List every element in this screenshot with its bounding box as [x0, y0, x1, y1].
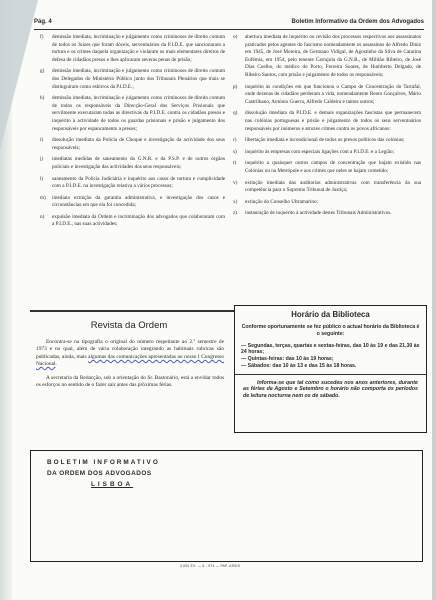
item-text: imediatas medidas de saneamento da G.N.R… [52, 156, 225, 171]
item-text: saneamento da Polícia Judiciária e inqué… [52, 176, 225, 191]
item-label: h) [40, 95, 52, 133]
item-label: m) [40, 195, 52, 210]
item-label: n) [40, 214, 52, 229]
list-item: i)dissolução imediata da Polícia de Choq… [40, 137, 225, 152]
document-page: Pág. 4 Boletim Informativo da Ordem dos … [0, 0, 436, 600]
item-label: z) [233, 210, 245, 218]
item-label: j) [40, 156, 52, 171]
list-item: g)demissão imediata, incriminação e julg… [40, 68, 225, 91]
address-line-2: DA ORDEM DOS ADVOGADOS [47, 470, 152, 477]
item-text: inquérito a quaisquer outros campos de c… [245, 160, 421, 175]
item-label: v) [233, 180, 245, 195]
list-item: q)dissolução imediata da P.I.D.E. e dema… [233, 110, 421, 133]
list-item: s)inquérito às empresas com especiais li… [233, 149, 421, 157]
schedule-thursday: — Quintas-feiras: das 10 às 19 horas; [241, 356, 420, 363]
item-text: dissolução imediata da P.I.D.E. e demais… [245, 110, 421, 133]
item-label: x) [233, 199, 245, 207]
item-text: instauração de inquérito à actividade de… [245, 210, 421, 218]
list-item: x)extinção do Conselho Ultramarino; [233, 199, 421, 207]
list-item: m)imediata extinção da garantia administ… [40, 195, 225, 210]
list-item: o)abertura imediata de inquérito ou revi… [233, 34, 421, 80]
address-city: LISBOA [91, 481, 133, 488]
revista-paragraph-1: Encontra-se na tipografia o original do … [36, 339, 224, 369]
schedule-saturday: — Sábados: das 10 às 13 e das 15 às 18 h… [241, 363, 420, 370]
address-line-1: BOLETIM INFORMATIVO [47, 459, 160, 466]
item-text: libertação imediata e incondicional de t… [245, 137, 421, 145]
item-text: inquérito às empresas com especiais liga… [245, 149, 421, 157]
publication-title: Boletim Informativo da Ordem dos Advogad… [292, 19, 424, 25]
library-hours-box: Horário da Biblioteca Conforme oportunam… [234, 305, 427, 433]
item-label: f) [40, 34, 52, 64]
revista-article: Encontra-se na tipografia o original do … [36, 339, 224, 395]
item-label: q) [233, 110, 245, 133]
folded-corner [0, 0, 38, 150]
item-text: demissão imediata, incriminação e julgam… [52, 34, 225, 64]
list-item: f)demissão imediata, incriminação e julg… [40, 34, 225, 64]
list-item: p)inquérito às condições em que funciono… [233, 84, 421, 107]
item-text: demissão imediata, incriminação e julgam… [52, 95, 225, 133]
library-schedule: — Segundas, terças, quartas e sextas-fei… [241, 343, 420, 370]
print-imprint: 3 000 EX. — 6 - 974 — PAP. ASSIS [180, 564, 240, 568]
list-item: l)saneamento da Polícia Judiciária e inq… [40, 176, 225, 191]
list-item: n)expulsão imediata da Ordem e incrimina… [40, 214, 225, 229]
right-column: o)abertura imediata de inquérito ou revi… [233, 34, 421, 222]
list-item: z)instauração de inquérito à actividade … [233, 210, 421, 218]
item-text: extinção do Conselho Ultramarino; [245, 199, 421, 207]
list-item: h)demissão imediata, incriminação e julg… [40, 95, 225, 133]
schedule-weekdays: — Segundas, terças, quartas e sextas-fei… [241, 343, 420, 357]
revista-heading: Revista da Ordem [34, 320, 224, 331]
left-column: f)demissão imediata, incriminação e julg… [40, 34, 225, 233]
list-item: r)libertação imediata e incondicional de… [233, 137, 421, 145]
item-text: imediata extinção da garantia administra… [52, 195, 225, 210]
item-text: extinção imediata das auditorias adminis… [245, 180, 421, 195]
list-item: t)inquérito a quaisquer outros campos de… [233, 160, 421, 175]
address-box: BOLETIM INFORMATIVO DA ORDEM DOS ADVOGAD… [30, 450, 423, 562]
item-label: s) [233, 149, 245, 157]
list-item: j)imediatas medidas de saneamento da G.N… [40, 156, 225, 171]
item-label: r) [233, 137, 245, 145]
item-label: p) [233, 84, 245, 107]
page-header: Pág. 4 Boletim Informativo da Ordem dos … [34, 17, 424, 30]
item-text: dissolução imediata da Polícia de Choque… [52, 137, 225, 152]
item-text: expulsão imediata da Ordem e incriminaçã… [52, 214, 225, 229]
box-divider [235, 374, 426, 375]
item-text: inquérito às condições em que funcionou … [245, 84, 421, 107]
item-label: t) [233, 160, 245, 175]
item-text: abertura imediata de inquérito ou revisã… [245, 34, 421, 80]
item-label: i) [40, 137, 52, 152]
scan-right-edge [432, 0, 436, 600]
item-label: g) [40, 68, 52, 91]
revista-paragraph-2: A secretaria da Redacção, sob a orientaç… [36, 375, 224, 390]
page-number: Pág. 4 [34, 19, 52, 25]
item-text: demissão imediata, incriminação e julgam… [52, 68, 225, 91]
item-label: l) [40, 176, 52, 191]
library-note: Informa-se que tal como sucedeu nos anos… [243, 380, 418, 400]
library-hours-title: Horário da Biblioteca [235, 310, 426, 319]
item-label: o) [233, 34, 245, 80]
list-item: v)extinção imediata das auditorias admin… [233, 180, 421, 195]
library-hours-intro: Conforme oportunamente se fez público o … [241, 324, 420, 338]
